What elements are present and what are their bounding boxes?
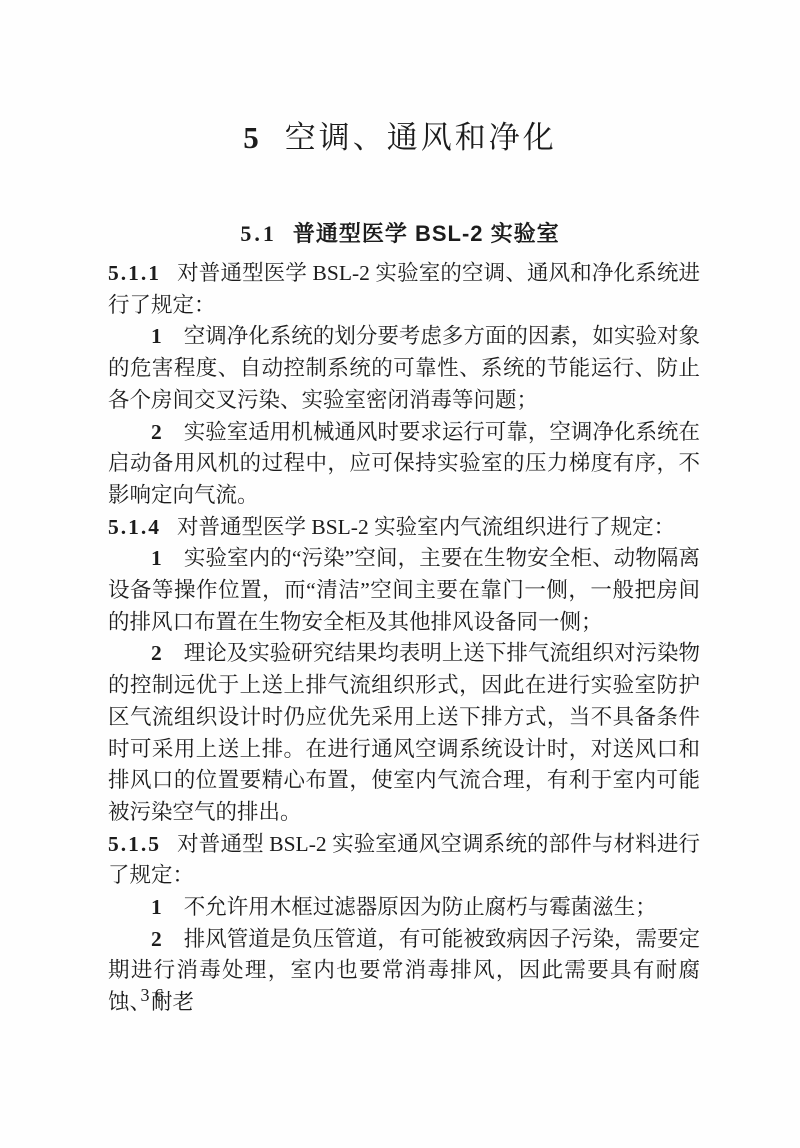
section-number: 5.1 bbox=[240, 221, 277, 246]
clause-5-1-5-item-2: 2排风管道是负压管道，有可能被致病因子污染，需要定期进行消毒处理，室内也要常消毒… bbox=[108, 924, 700, 1019]
clause-text: 对普通型医学 BSL-2 实验室的空调、通风和净化系统进行了规定： bbox=[108, 261, 700, 317]
body-text: 5.1.1对普通型医学 BSL-2 实验室的空调、通风和净化系统进行了规定： 1… bbox=[108, 258, 700, 1019]
document-page: 5空调、通风和净化 5.1普通型医学 BSL-2 实验室 5.1.1对普通型医学… bbox=[0, 0, 800, 1148]
item-label: 2 bbox=[151, 641, 162, 665]
item-label: 2 bbox=[151, 927, 162, 951]
section-title-text: 普通型医学 BSL-2 实验室 bbox=[293, 221, 560, 246]
clause-label: 5.1.1 bbox=[108, 261, 161, 285]
clause-5-1-4-item-2: 2理论及实验研究结果均表明上送下排气流组织对污染物的控制远优于上送上排气流组织形… bbox=[108, 638, 700, 828]
clause-5-1-4-item-1: 1实验室内的“污染”空间，主要在生物安全柜、动物隔离设备等操作位置，而“清洁”空… bbox=[108, 543, 700, 638]
item-label: 2 bbox=[151, 420, 162, 444]
section-heading: 5.1普通型医学 BSL-2 实验室 bbox=[0, 217, 800, 248]
item-text: 实验室适用机械通风时要求运行可靠，空调净化系统在启动备用风机的过程中，应可保持实… bbox=[108, 420, 700, 507]
chapter-number: 5 bbox=[243, 120, 259, 155]
chapter-title-text: 空调、通风和净化 bbox=[285, 120, 557, 155]
item-label: 1 bbox=[151, 895, 162, 919]
clause-5-1-1-item-2: 2实验室适用机械通风时要求运行可靠，空调净化系统在启动备用风机的过程中，应可保持… bbox=[108, 417, 700, 512]
item-text: 理论及实验研究结果均表明上送下排气流组织对污染物的控制远优于上送上排气流组织形式… bbox=[108, 641, 700, 824]
clause-5-1-5: 5.1.5对普通型 BSL-2 实验室通风空调系统的部件与材料进行了规定： bbox=[108, 829, 700, 892]
clause-5-1-1: 5.1.1对普通型医学 BSL-2 实验室的空调、通风和净化系统进行了规定： bbox=[108, 258, 700, 321]
clause-5-1-4: 5.1.4对普通型医学 BSL-2 实验室内气流组织进行了规定： bbox=[108, 512, 700, 544]
item-label: 1 bbox=[151, 546, 162, 570]
item-label: 1 bbox=[151, 324, 162, 348]
clause-5-1-1-item-1: 1空调净化系统的划分要考虑多方面的因素，如实验对象的危害程度、自动控制系统的可靠… bbox=[108, 321, 700, 416]
item-text: 空调净化系统的划分要考虑多方面的因素，如实验对象的危害程度、自动控制系统的可靠性… bbox=[108, 324, 700, 411]
clause-label: 5.1.5 bbox=[108, 832, 161, 856]
item-text: 不允许用木框过滤器原因为防止腐朽与霉菌滋生； bbox=[184, 895, 657, 919]
clause-label: 5.1.4 bbox=[108, 515, 161, 539]
page-number: · 36 · bbox=[120, 985, 189, 1006]
clause-text: 对普通型 BSL-2 实验室通风空调系统的部件与材料进行了规定： bbox=[108, 832, 700, 888]
chapter-title: 5空调、通风和净化 bbox=[0, 112, 800, 157]
clause-text: 对普通型医学 BSL-2 实验室内气流组织进行了规定： bbox=[177, 515, 675, 539]
clause-5-1-5-item-1: 1不允许用木框过滤器原因为防止腐朽与霉菌滋生； bbox=[108, 892, 700, 924]
item-text: 排风管道是负压管道，有可能被致病因子污染，需要定期进行消毒处理，室内也要常消毒排… bbox=[108, 927, 700, 1014]
item-text: 实验室内的“污染”空间，主要在生物安全柜、动物隔离设备等操作位置，而“清洁”空间… bbox=[108, 546, 700, 633]
